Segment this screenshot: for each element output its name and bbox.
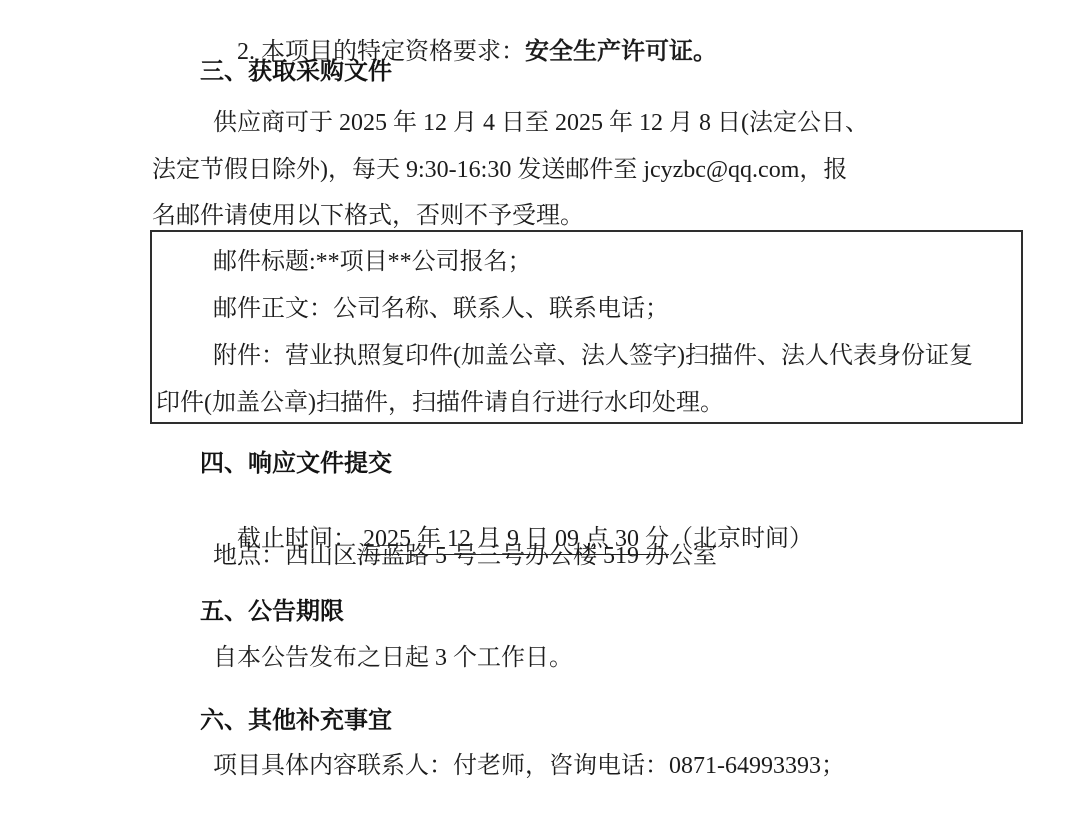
section-4-heading: 四、响应文件提交 [200, 449, 392, 479]
section-3-paragraph-line: 名邮件请使用以下格式，否则不予受理。 [152, 201, 584, 231]
document-page: 2. 本项目的特定资格要求：安全生产许可证。 三、获取采购文件 供应商可于 20… [0, 0, 1074, 821]
email-format-box: 邮件标题:**项目**公司报名； 邮件正文：公司名称、联系人、联系电话； 附件：… [150, 230, 1023, 424]
section-6-heading: 六、其他补充事宜 [200, 706, 392, 736]
section-3-paragraph-line: 供应商可于 2025 年 12 月 4 日至 2025 年 12 月 8 日(法… [213, 108, 869, 138]
contact-line: 项目具体内容联系人：付老师，咨询电话：0871-64993393； [213, 751, 845, 781]
email-format-box-line: 印件(加盖公章)扫描件，扫描件请自行进行水印处理。 [156, 388, 724, 418]
section-3-heading: 三、获取采购文件 [200, 57, 392, 87]
email-format-box-line: 邮件正文：公司名称、联系人、联系电话； [213, 294, 669, 324]
announcement-period-line: 自本公告发布之日起 3 个工作日。 [213, 643, 573, 673]
section-5-heading: 五、公告期限 [200, 597, 344, 627]
location-line: 地点：西山区海蓝路 5 号三号办公楼 519 办公室 [213, 541, 717, 571]
qualification-requirement: 安全生产许可证。 [525, 39, 717, 65]
section-3-paragraph-line: 法定节假日除外)，每天 9:30-16:30 发送邮件至 jcyzbc@qq.c… [152, 155, 847, 185]
email-format-box-line: 附件：营业执照复印件(加盖公章、法人签字)扫描件、法人代表身份证复 [213, 341, 973, 371]
email-format-box-line: 邮件标题:**项目**公司报名； [213, 247, 532, 277]
